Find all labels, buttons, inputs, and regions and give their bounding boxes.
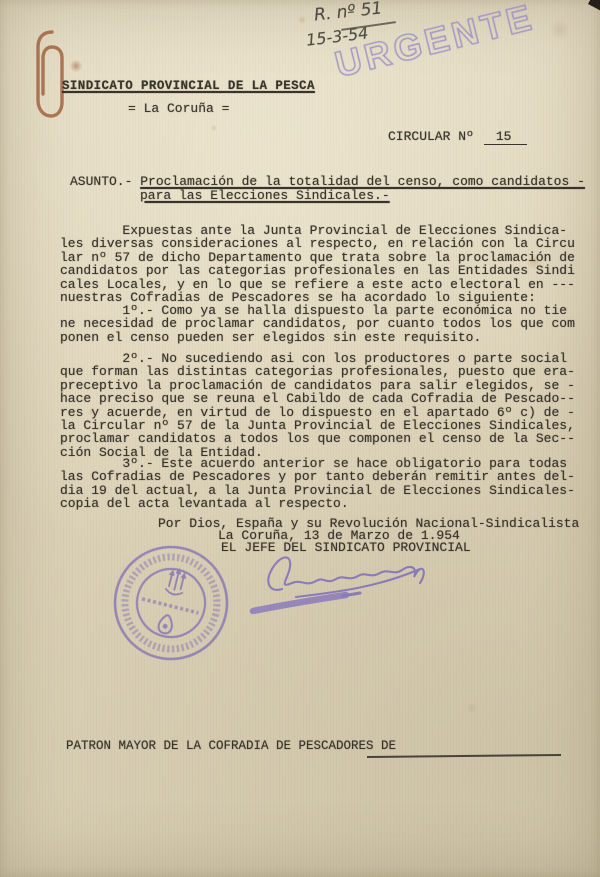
signature-flourish-icon <box>248 545 438 625</box>
circular-line: CIRCULAR Nº15 <box>388 130 527 145</box>
body-paragraph-2: 2º.- No sucediendo asi con los productor… <box>60 352 575 459</box>
organization-city: = La Coruña = <box>128 102 229 115</box>
page-corner-mark <box>588 0 600 11</box>
subject-text-2: para las Elecciones Sindicales.- <box>140 189 390 202</box>
body-paragraph-intro: Expuestas ante la Junta Provincial de El… <box>60 224 575 304</box>
body-paragraph-3: 3º.- Este acuerdo anterior se hace oblig… <box>60 457 575 511</box>
paperclip-rust-mark-icon <box>30 26 70 124</box>
addressee-line: PATRON MAYOR DE LA COFRADIA DE PESCADORE… <box>66 740 396 753</box>
subject-text-1: Proclamación de la totalidad del censo, … <box>140 174 585 189</box>
subject-line-1: ASUNTO.- Proclamación de la totalidad de… <box>70 175 585 188</box>
circular-label: CIRCULAR Nº <box>388 129 474 144</box>
subject-label: ASUNTO.- <box>70 174 140 189</box>
document-page: R. nº 51 15-3-54 URGENTE SINDICATO PROVI… <box>0 0 600 877</box>
circular-number: 15 <box>484 130 528 145</box>
organization-title: SINDICATO PROVINCIAL DE LA PESCA <box>62 80 315 93</box>
addressee-blank-line <box>367 754 561 758</box>
body-paragraph-1: 1º.- Como ya se halla dispuesto la parte… <box>60 304 575 344</box>
registry-number-annotation: R. nº 51 <box>313 0 383 26</box>
